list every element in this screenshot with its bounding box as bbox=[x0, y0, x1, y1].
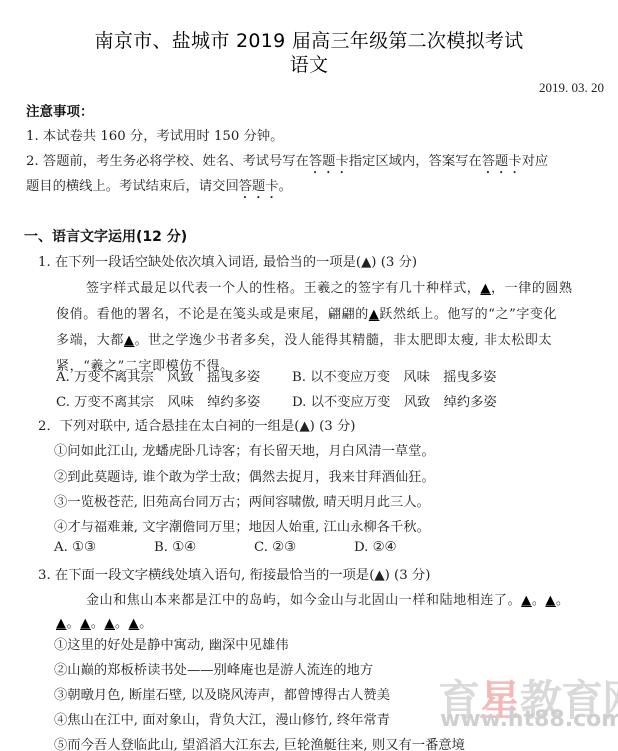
blank-marker: ▲ bbox=[129, 616, 140, 631]
blank-marker: ▲ bbox=[124, 333, 135, 348]
q2-stem: 2．下列对联中, 适合悬挂在太白祠的一组是(▲) (3 分) bbox=[38, 415, 355, 434]
q1-option-d: D. 以不变应万变 风致 绰约多姿 bbox=[292, 391, 497, 410]
q2-option-c: C. ②③ bbox=[254, 540, 354, 555]
q2-couplet-3: ③一览极苍茫, 旧苑高台同万古；两间容啸傲, 晴天明月此三人。 bbox=[54, 491, 430, 510]
blank-marker: ▲ bbox=[369, 307, 380, 322]
blank-marker: ▲ bbox=[521, 593, 532, 608]
notice-item-2: 2. 答题前，考生务必将学校、姓名、考试号写在答题卡指定区域内，答案写在答题卡对… bbox=[26, 150, 548, 177]
q1-stem: 1. 在下列一段话空缺处依次填入词语, 最恰当的一项是(▲) (3 分) bbox=[38, 251, 417, 270]
passage-text: ，一律的圆熟 bbox=[491, 281, 573, 296]
q3-passage-line: 金山和焦山本来都是江中的岛屿，如今金山与北固山一样和陆地相连了。▲。▲。 bbox=[86, 589, 570, 608]
blank-marker: ▲ bbox=[545, 593, 556, 608]
blank-marker: ▲ bbox=[480, 281, 491, 296]
passage-text: 。世之学逸少书者多矣，没人能得其精髓，非太肥即太瘦, 非太松即太 bbox=[135, 333, 552, 348]
q1-passage-line: 多端，大都▲。世之学逸少书者多矣，没人能得其精髓，非太肥即太瘦, 非太松即太 bbox=[56, 329, 552, 348]
watermark-url: www.ht88.com bbox=[440, 707, 618, 732]
q2-option-d: D. ②④ bbox=[354, 540, 396, 555]
q2-couplet-2: ②到此莫题诗, 谁个敢为学士敌；偶然去捉月，我来甘拜酒仙狂。 bbox=[54, 466, 435, 485]
q2-couplet-4: ④才与福难兼, 文字潮儋同万里；地因人始重, 江山永柳各千秋。 bbox=[54, 516, 430, 535]
q2-option-b: B. ①④ bbox=[154, 540, 254, 555]
passage-text: 俊俏。看他的署名，不论是在笺头或是柬尾，翩翩的 bbox=[56, 307, 369, 322]
notice-text: 题目的横线上。考试结束后，请交回 bbox=[26, 179, 239, 194]
q3-sentence-2: ②山巅的郑板桥读书处——别峰庵也是游人流连的地方 bbox=[54, 659, 373, 678]
exam-date: 2019. 03. 20 bbox=[539, 80, 604, 96]
passage-text: 签字样式最足以代表一个人的性格。王羲之的签字有几十种样式， bbox=[86, 281, 480, 296]
q3-sentence-1: ①这里的好处是静中寓动, 幽深中见雄伟 bbox=[54, 634, 289, 653]
q3-sentence-3: ③朝暾月色, 断崖石壁, 以及晓风涛声，都曾博得古人赞美 bbox=[54, 684, 390, 703]
notice-text: 。 bbox=[279, 179, 292, 194]
q3-stem: 3. 在下面一段文字横线处填入语句, 衔接最恰当的一项是(▲) (3 分) bbox=[38, 564, 430, 583]
q1-passage-line: 签字样式最足以代表一个人的性格。王羲之的签字有几十种样式，▲，一律的圆熟 bbox=[86, 277, 573, 296]
notice-item-2-cont: 题目的横线上。考试结束后，请交回答题卡。 bbox=[26, 175, 292, 202]
passage-text: 跃然纸上。他写的“之”字变化 bbox=[379, 307, 557, 322]
q3-passage-line: ▲。▲。▲。▲。 bbox=[56, 612, 153, 631]
q1-option-b: B. 以不变应万变 风味 摇曳多姿 bbox=[292, 366, 496, 385]
blank-marker: ▲ bbox=[80, 616, 91, 631]
emphasis-answer-card: 答题卡 bbox=[482, 154, 522, 169]
blank-marker: ▲ bbox=[56, 616, 67, 631]
emphasis-answer-card: 答题卡 bbox=[309, 154, 349, 169]
q2-option-a: A. ①③ bbox=[54, 540, 154, 555]
notice-heading: 注意事项： bbox=[26, 100, 94, 120]
q3-sentence-4: ④焦山在江中, 面对象山，背负大江，漫山修竹, 终年常青 bbox=[54, 709, 390, 728]
q1-option-c: C. 万变不离其宗 风味 绰约多姿 bbox=[56, 391, 292, 410]
q1-options-row: C. 万变不离其宗 风味 绰约多姿D. 以不变应万变 风致 绰约多姿 bbox=[56, 391, 497, 410]
q2-options-row: A. ①③B. ①④C. ②③D. ②④ bbox=[54, 540, 396, 555]
q1-option-a: A. 万变不离其宗 风致 摇曳多姿 bbox=[56, 366, 292, 385]
blank-marker: ▲ bbox=[104, 616, 115, 631]
exam-subject: 语文 bbox=[0, 50, 618, 77]
passage-text: 金山和焦山本来都是江中的岛屿，如今金山与北固山一样和陆地相连了。 bbox=[86, 593, 521, 608]
q3-sentence-5: ⑤而今吾人登临此山, 望滔滔大江东去, 巨轮渔艇往来, 则又有一番意境 bbox=[54, 734, 465, 751]
notice-text: 指定区域内，答案写在 bbox=[349, 154, 482, 169]
exam-title: 南京市、盐城市 2019 届高三年级第二次模拟考试 bbox=[0, 26, 618, 53]
notice-text: 对应 bbox=[522, 154, 549, 169]
emphasis-answer-card: 答题卡 bbox=[239, 179, 279, 194]
q2-couplet-1: ①问如此江山, 龙蟠虎卧几诗客；有长留天地，月白风清一草堂。 bbox=[54, 440, 435, 459]
q1-passage-line: 俊俏。看他的署名，不论是在笺头或是柬尾，翩翩的▲跃然纸上。他写的“之”字变化 bbox=[56, 303, 557, 322]
section-heading: 一、语言文字运用(12 分) bbox=[24, 226, 187, 246]
notice-item-1: 1. 本试卷共 160 分，考试用时 150 分钟。 bbox=[26, 125, 283, 144]
passage-text: 多端，大都 bbox=[56, 333, 124, 348]
notice-text: 2. 答题前，考生务必将学校、姓名、考试号写在 bbox=[26, 154, 309, 169]
q1-options-row: A. 万变不离其宗 风致 摇曳多姿B. 以不变应万变 风味 摇曳多姿 bbox=[56, 366, 496, 385]
